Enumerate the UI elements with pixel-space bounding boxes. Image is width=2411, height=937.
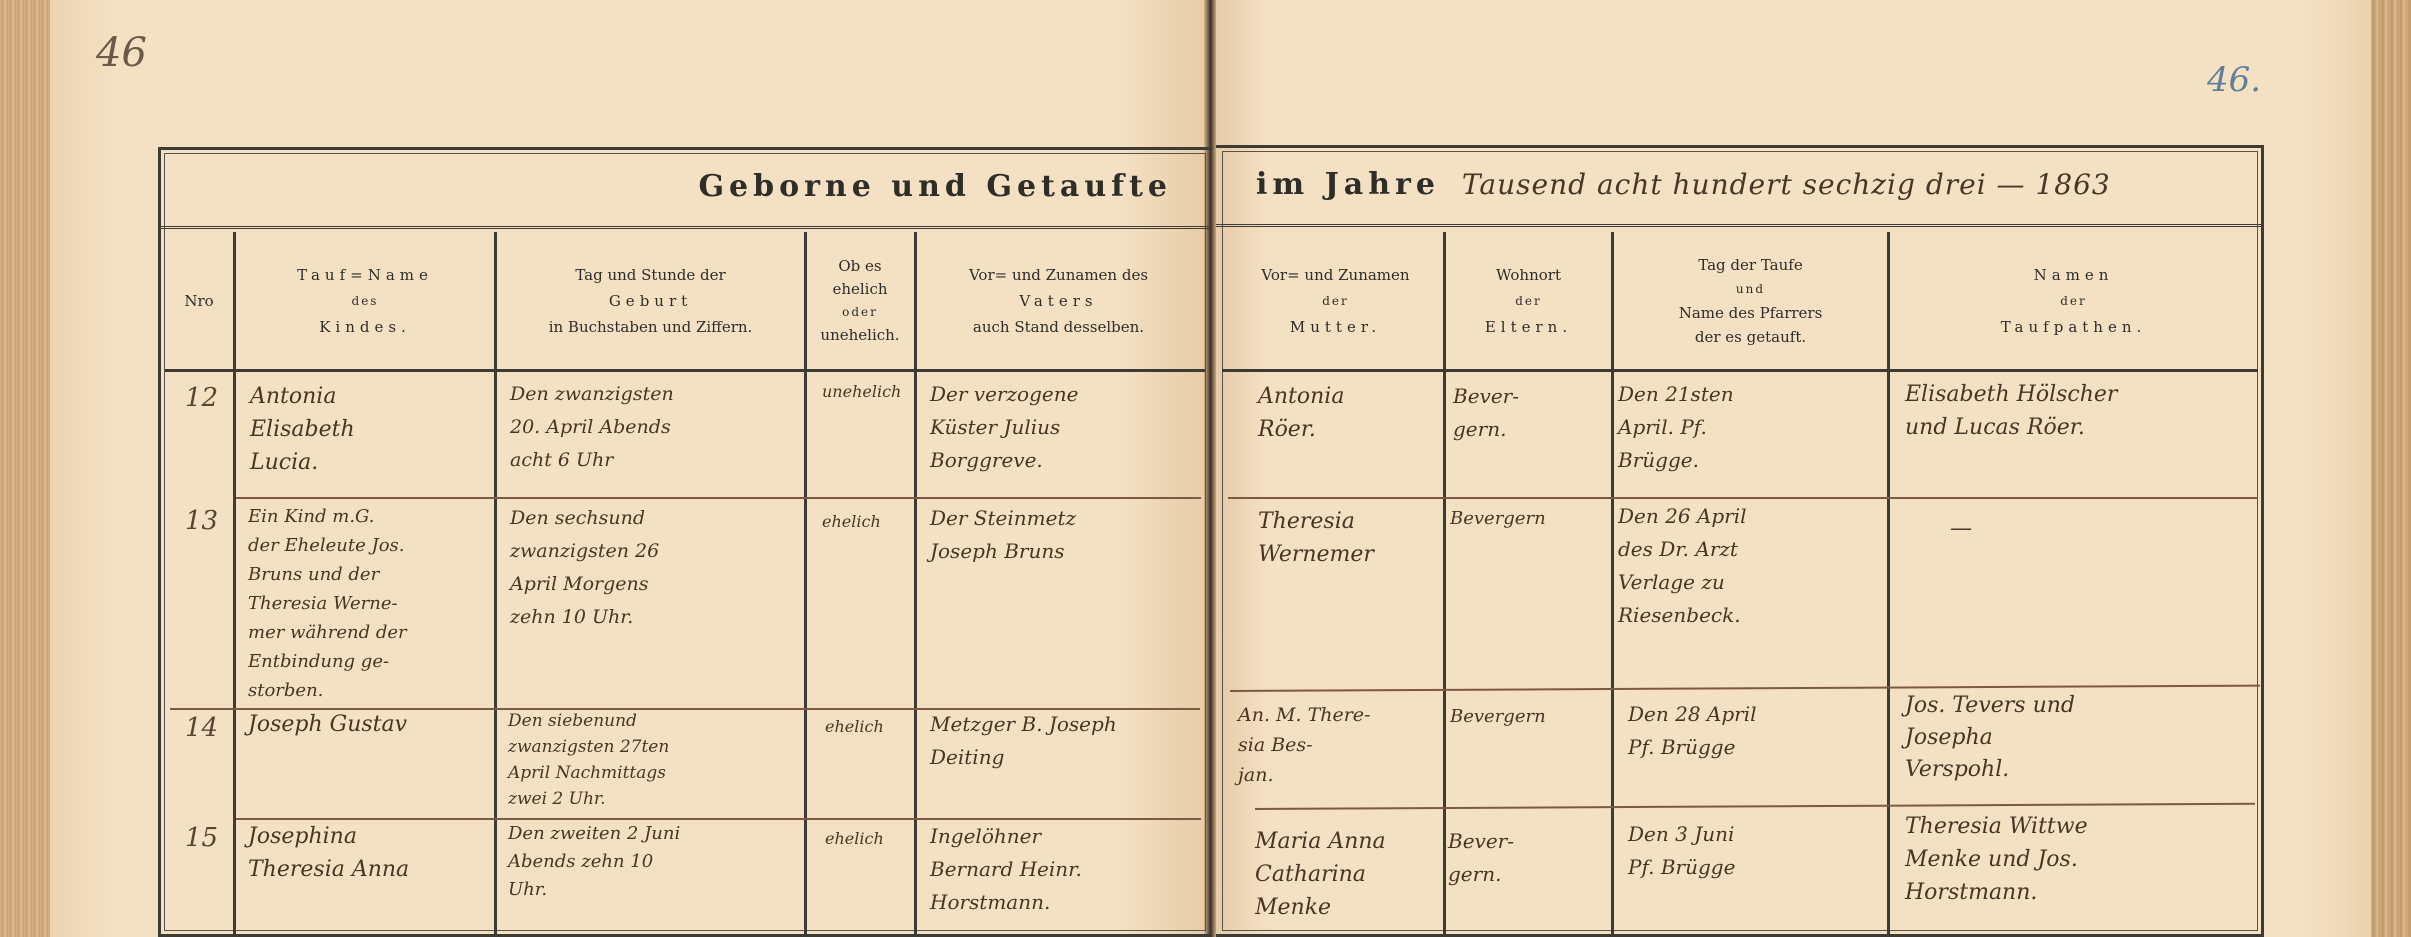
entry-14-geburt: Den siebenund zwanzigsten 27ten April Na… — [508, 708, 669, 812]
entry-14-mutter: An. M. There- sia Bes- jan. — [1238, 700, 1370, 790]
column-divider — [1611, 232, 1614, 937]
entry-13-taufe: Den 26 April des Dr. Arzt Verlage zu Rie… — [1618, 500, 1747, 632]
header-pathen: Namen der Taufpathen. — [1891, 232, 2256, 370]
entry-14-taufe: Den 28 April Pf. Brügge — [1628, 698, 1757, 764]
entry-13-nr: 13 — [185, 505, 218, 538]
entry-13-pathen: — — [1950, 512, 1972, 545]
header-mutter: Vor= und Zunamen der Mutter. — [1228, 232, 1443, 370]
entry-15-geburt: Den zweiten 2 Juni Abends zehn 10 Uhr. — [508, 820, 680, 904]
entry-14-nr: 14 — [185, 712, 218, 745]
entry-12-mutter: Antonia Röer. — [1258, 380, 1344, 446]
title-bar-right: im Jahre Tausend acht hundert sechzig dr… — [1216, 145, 2264, 227]
entry-12-wohnort: Bever- gern. — [1445, 380, 1519, 446]
entry-13-wohnort: Bevergern — [1450, 502, 1546, 535]
header-geburt: Tag und Stunde der Geburt in Buchstaben … — [497, 232, 804, 370]
column-divider — [1443, 232, 1446, 937]
entry-13-geburt: Den sechsund zwanzigsten 26 April Morgen… — [510, 502, 659, 634]
entry-15-taufname: Josephina Theresia Anna — [248, 820, 409, 886]
entry-14-vater: Metzger B. Joseph Deiting — [930, 708, 1117, 774]
header-taufname: Tauf=Name des Kindes. — [236, 232, 494, 370]
entry-15-pathen: Theresia Wittwe Menke und Jos. Horstmann… — [1905, 810, 2088, 909]
register-heading: Geborne und Getaufte — [698, 169, 1172, 204]
entry-12-nr: 12 — [185, 382, 218, 415]
row-separator — [236, 497, 1201, 499]
entry-15-ehelich: ehelich — [825, 822, 884, 855]
entry-14-taufname: Joseph Gustav — [248, 708, 407, 741]
entry-13-mutter: Theresia Wernemer — [1258, 505, 1374, 571]
entry-12-ehelich: unehelich — [822, 375, 901, 408]
entry-13-vater: Der Steinmetz Joseph Bruns — [930, 502, 1076, 568]
entry-12-taufname: Antonia Elisabeth Lucia. — [250, 380, 355, 479]
header-nr: Nro — [165, 232, 233, 370]
header-ehelich: Ob es ehelich oder unehelich. — [806, 232, 914, 370]
entry-13-taufname: Ein Kind m.G. der Eheleute Jos. Bruns un… — [248, 502, 407, 705]
entry-14-pathen: Jos. Tevers und Josepha Verspohl. — [1905, 690, 2075, 786]
entry-14-ehelich: ehelich — [825, 710, 884, 743]
year-label: im Jahre — [1256, 167, 1440, 202]
entry-15-taufe: Den 3 Juni Pf. Brügge — [1628, 818, 1735, 884]
entry-15-vater: Ingelöhner Bernard Heinr. Horstmann. — [930, 820, 1082, 919]
column-divider — [494, 232, 497, 937]
header-wohnort: Wohnort der Eltern. — [1447, 232, 1610, 370]
entry-12-pathen: Elisabeth Hölscher und Lucas Röer. — [1905, 378, 2117, 444]
folio-number-right: 46. — [2207, 60, 2261, 100]
book-page-edges-right — [2371, 0, 2411, 937]
column-divider — [233, 232, 236, 937]
column-divider — [1887, 232, 1890, 937]
entry-12-geburt: Den zwanzigsten 20. April Abends acht 6 … — [510, 378, 674, 477]
title-bar-left: Geborne und Getaufte — [158, 147, 1212, 229]
entry-15-nr: 15 — [185, 822, 218, 855]
entry-13-ehelich: ehelich — [822, 505, 881, 538]
row-separator — [1228, 497, 2258, 499]
header-vater: Vor= und Zunamen des Vaters auch Stand d… — [917, 232, 1200, 370]
entry-15-wohnort: Bever- gern. — [1448, 825, 1514, 891]
column-divider — [914, 232, 917, 937]
header-taufe: Tag der Taufe und Name des Pfarrers der … — [1614, 232, 1887, 370]
entry-12-taufe: Den 21sten April. Pf. Brügge. — [1618, 378, 1734, 477]
column-divider — [804, 232, 807, 937]
year-handwritten: Tausend acht hundert sechzig drei — 1863 — [1462, 168, 2111, 201]
header-bottom-rule-left — [165, 369, 1205, 372]
entry-12-vater: Der verzogene Küster Julius Borggreve. — [930, 378, 1078, 477]
entry-14-wohnort: Bevergern — [1450, 700, 1546, 733]
entry-15-mutter: Maria Anna Catharina Menke — [1255, 825, 1386, 924]
header-bottom-rule-right — [1222, 369, 2258, 372]
folio-number-left: 46 — [96, 30, 147, 76]
